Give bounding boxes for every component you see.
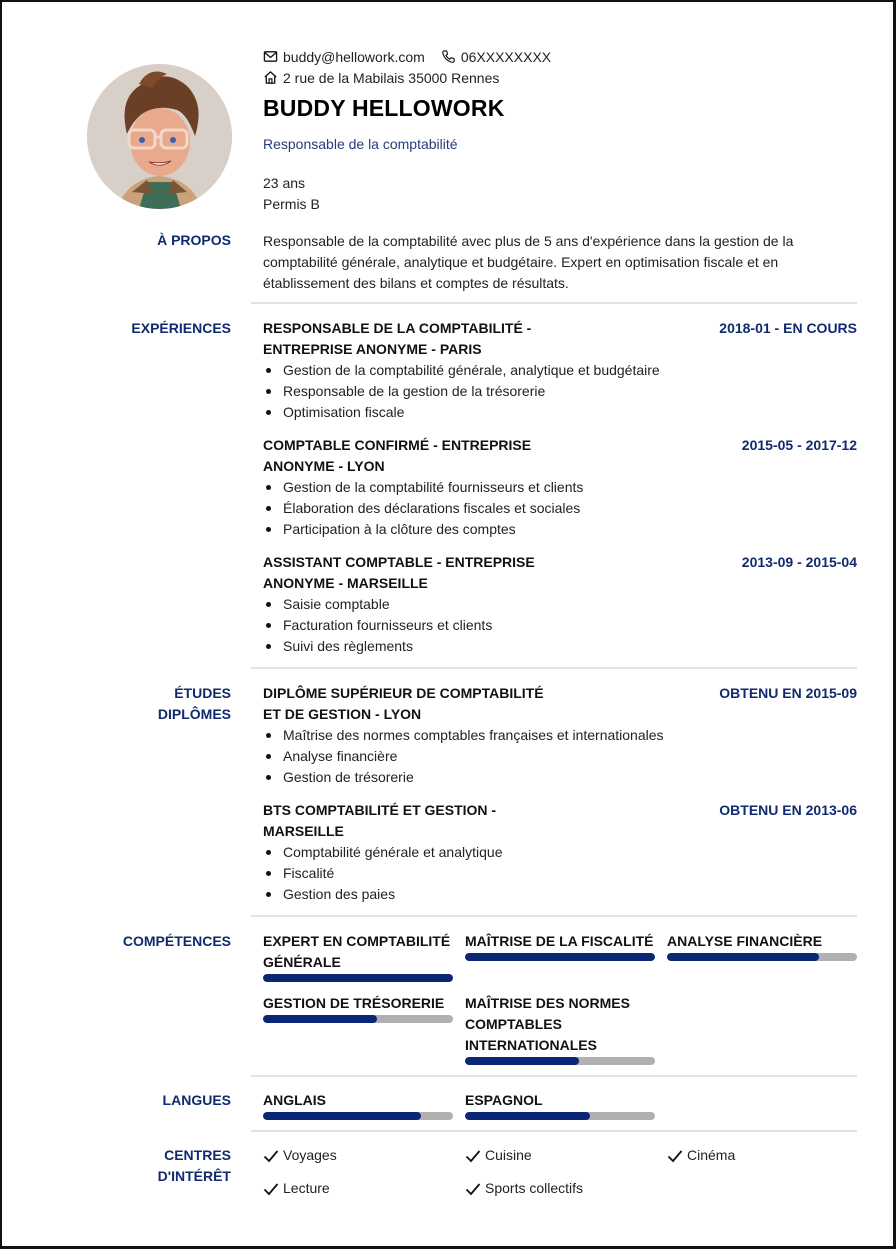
skill-name: MAÎTRISE DE LA FISCALITÉ bbox=[465, 931, 655, 952]
phone-text: 06XXXXXXXX bbox=[461, 49, 551, 65]
skill-item: MAÎTRISE DES NORMES COMPTABLES INTERNATI… bbox=[465, 993, 655, 1065]
avatar-illustration bbox=[87, 64, 232, 209]
language-name: ANGLAIS bbox=[263, 1090, 453, 1111]
section-label-education: ÉTUDES DIPLÔMES bbox=[92, 683, 231, 725]
list-item: Fiscalité bbox=[263, 863, 857, 884]
experience-bullets: Gestion de la comptabilité générale, ana… bbox=[263, 360, 857, 423]
skill-bar bbox=[667, 953, 857, 961]
interest-item: Sports collectifs bbox=[465, 1178, 583, 1199]
section-label-interests: CENTRES D'INTÉRÊT bbox=[92, 1145, 231, 1187]
list-item: Élaboration des déclarations fiscales et… bbox=[263, 498, 857, 519]
experience-title: COMPTABLE CONFIRMÉ - ENTREPRISE ANONYME … bbox=[263, 435, 543, 477]
experience-entry: RESPONSABLE DE LA COMPTABILITÉ - ENTREPR… bbox=[263, 318, 857, 423]
divider bbox=[251, 302, 857, 304]
list-item: Participation à la clôture des comptes bbox=[263, 519, 857, 540]
interest-item: Cinéma bbox=[667, 1145, 735, 1166]
education-date: OBTENU EN 2015-09 bbox=[719, 683, 857, 704]
list-item: Optimisation fiscale bbox=[263, 402, 857, 423]
phone-item[interactable]: 06XXXXXXXX bbox=[441, 49, 551, 65]
list-item: Gestion de trésorerie bbox=[263, 767, 857, 788]
list-item: Comptabilité générale et analytique bbox=[263, 842, 857, 863]
checkmark-icon bbox=[465, 1149, 481, 1163]
skill-name: MAÎTRISE DES NORMES COMPTABLES INTERNATI… bbox=[465, 993, 655, 1056]
education-title: DIPLÔME SUPÉRIEUR DE COMPTABILITÉ ET DE … bbox=[263, 683, 563, 725]
interest-label: Cuisine bbox=[485, 1145, 532, 1166]
education-bullets: Comptabilité générale et analytique Fisc… bbox=[263, 842, 857, 905]
skill-item: ANALYSE FINANCIÈRE bbox=[667, 931, 857, 961]
section-label-line: CENTRES bbox=[92, 1145, 231, 1166]
experience-date: 2013-09 - 2015-04 bbox=[742, 552, 857, 573]
email-item[interactable]: buddy@hellowork.com bbox=[263, 49, 425, 65]
interest-label: Sports collectifs bbox=[485, 1178, 583, 1199]
checkmark-icon bbox=[667, 1149, 683, 1163]
checkmark-icon bbox=[263, 1182, 279, 1196]
interest-label: Voyages bbox=[283, 1145, 337, 1166]
language-item: ANGLAIS bbox=[263, 1090, 453, 1120]
experience-bullets: Gestion de la comptabilité fournisseurs … bbox=[263, 477, 857, 540]
candidate-name: BUDDY HELLOWORK bbox=[263, 95, 505, 122]
experience-title: RESPONSABLE DE LA COMPTABILITÉ - ENTREPR… bbox=[263, 318, 563, 360]
list-item: Gestion des paies bbox=[263, 884, 857, 905]
resume-page: buddy@hellowork.com 06XXXXXXXX 2 rue de … bbox=[0, 0, 896, 1249]
checkmark-icon bbox=[465, 1182, 481, 1196]
skill-bar bbox=[465, 953, 655, 961]
skill-item: MAÎTRISE DE LA FISCALITÉ bbox=[465, 931, 655, 961]
experience-date: 2015-05 - 2017-12 bbox=[742, 435, 857, 456]
skill-bar bbox=[263, 974, 453, 982]
interest-label: Lecture bbox=[283, 1178, 330, 1199]
divider bbox=[251, 1075, 857, 1077]
skill-item: EXPERT EN COMPTABILITÉ GÉNÉRALE bbox=[263, 931, 453, 982]
language-item: ESPAGNOL bbox=[465, 1090, 655, 1120]
interest-label: Cinéma bbox=[687, 1145, 735, 1166]
experience-date: 2018-01 - EN COURS bbox=[719, 318, 857, 339]
language-bar bbox=[263, 1112, 453, 1120]
skill-name: EXPERT EN COMPTABILITÉ GÉNÉRALE bbox=[263, 931, 453, 973]
envelope-icon bbox=[263, 49, 278, 64]
experience-bullets: Saisie comptable Facturation fournisseur… bbox=[263, 594, 857, 657]
interest-item: Cuisine bbox=[465, 1145, 532, 1166]
list-item: Responsable de la gestion de la trésorer… bbox=[263, 381, 857, 402]
skill-bar bbox=[465, 1057, 655, 1065]
list-item: Analyse financière bbox=[263, 746, 857, 767]
skill-bar bbox=[263, 1015, 453, 1023]
section-label-line: D'INTÉRÊT bbox=[92, 1166, 231, 1187]
home-icon bbox=[263, 70, 278, 85]
education-bullets: Maîtrise des normes comptables française… bbox=[263, 725, 857, 788]
address-item: 2 rue de la Mabilais 35000 Rennes bbox=[263, 70, 499, 86]
education-entry: DIPLÔME SUPÉRIEUR DE COMPTABILITÉ ET DE … bbox=[263, 683, 857, 788]
education-date: OBTENU EN 2013-06 bbox=[719, 800, 857, 821]
language-bar bbox=[465, 1112, 655, 1120]
education-title: BTS COMPTABILITÉ ET GESTION - MARSEILLE bbox=[263, 800, 523, 842]
contact-block: buddy@hellowork.com 06XXXXXXXX 2 rue de … bbox=[263, 46, 567, 88]
divider bbox=[251, 1130, 857, 1132]
experience-entry: COMPTABLE CONFIRMÉ - ENTREPRISE ANONYME … bbox=[263, 435, 857, 540]
age: 23 ans bbox=[263, 173, 320, 194]
list-item: Gestion de la comptabilité fournisseurs … bbox=[263, 477, 857, 498]
divider bbox=[251, 915, 857, 917]
list-item: Saisie comptable bbox=[263, 594, 857, 615]
avatar bbox=[87, 64, 232, 209]
email-text: buddy@hellowork.com bbox=[283, 49, 425, 65]
list-item: Gestion de la comptabilité générale, ana… bbox=[263, 360, 857, 381]
address-text: 2 rue de la Mabilais 35000 Rennes bbox=[283, 70, 499, 86]
skill-name: GESTION DE TRÉSORERIE bbox=[263, 993, 453, 1014]
education-entry: BTS COMPTABILITÉ ET GESTION - MARSEILLE … bbox=[263, 800, 857, 905]
experience-title: ASSISTANT COMPTABLE - ENTREPRISE ANONYME… bbox=[263, 552, 543, 594]
interest-item: Voyages bbox=[263, 1145, 337, 1166]
phone-icon bbox=[441, 49, 456, 64]
skill-item: GESTION DE TRÉSORERIE bbox=[263, 993, 453, 1023]
personal-info: 23 ans Permis B bbox=[263, 173, 320, 215]
section-label-about: À PROPOS bbox=[92, 230, 231, 251]
section-label-languages: LANGUES bbox=[92, 1090, 231, 1111]
driving-license: Permis B bbox=[263, 194, 320, 215]
interest-item: Lecture bbox=[263, 1178, 330, 1199]
list-item: Maîtrise des normes comptables française… bbox=[263, 725, 857, 746]
checkmark-icon bbox=[263, 1149, 279, 1163]
language-name: ESPAGNOL bbox=[465, 1090, 655, 1111]
list-item: Facturation fournisseurs et clients bbox=[263, 615, 857, 636]
section-label-skills: COMPÉTENCES bbox=[92, 931, 231, 952]
section-label-experiences: EXPÉRIENCES bbox=[92, 318, 231, 339]
about-text: Responsable de la comptabilité avec plus… bbox=[263, 231, 853, 294]
skill-name: ANALYSE FINANCIÈRE bbox=[667, 931, 857, 952]
experience-entry: ASSISTANT COMPTABLE - ENTREPRISE ANONYME… bbox=[263, 552, 857, 657]
section-label-line: ÉTUDES bbox=[92, 683, 231, 704]
divider bbox=[251, 667, 857, 669]
section-label-line: DIPLÔMES bbox=[92, 704, 231, 725]
job-title: Responsable de la comptabilité bbox=[263, 136, 458, 152]
list-item: Suivi des règlements bbox=[263, 636, 857, 657]
